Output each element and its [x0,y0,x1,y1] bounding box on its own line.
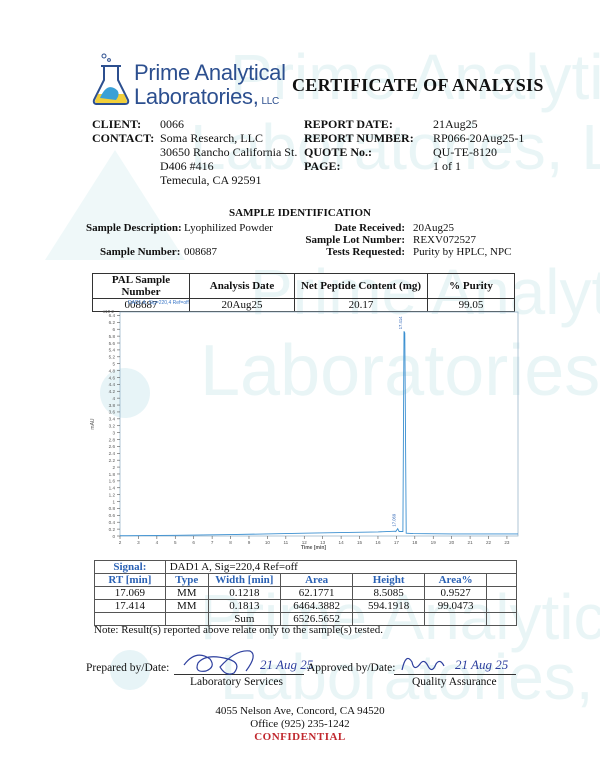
rt: 17.069 [95,587,166,600]
quote-label: QUOTE No.: [304,145,372,159]
signal-value: DAD1 A, Sig=220,4 Ref=off [165,561,516,574]
height: 594.1918 [353,600,425,613]
svg-text:17.069: 17.069 [392,513,397,526]
report-date-value: 21Aug25 [433,117,478,131]
svg-text:1.6: 1.6 [109,479,116,484]
svg-text:4: 4 [112,396,115,401]
page-value: 1 of 1 [433,159,461,173]
svg-text:21: 21 [468,540,474,545]
sample-number-value: 008687 [184,246,217,259]
client-label: CLIENT: [92,117,141,131]
col-header: Width [min] [208,574,280,587]
svg-text:6: 6 [112,327,115,332]
empty-cell [424,613,486,626]
svg-text:5: 5 [174,540,177,545]
logo-line-1: Prime Analytical [134,62,286,84]
svg-text:1: 1 [112,499,115,504]
svg-text:3: 3 [112,430,115,435]
area: 62.1771 [280,587,352,600]
svg-text:1.4: 1.4 [109,486,116,491]
svg-text:3.8: 3.8 [109,403,116,408]
svg-text:16: 16 [375,540,381,545]
svg-text:2.2: 2.2 [109,458,116,463]
svg-text:2.6: 2.6 [109,444,116,449]
svg-text:17: 17 [394,540,400,545]
summary-header-row: PAL Sample Number Analysis Date Net Pept… [93,274,515,299]
sample-identification-title: SAMPLE IDENTIFICATION [0,207,600,219]
col-header: % Purity [428,274,515,299]
results-header-row: RT [min] Type Width [min] Area Height Ar… [95,574,517,587]
svg-text:0.8: 0.8 [109,506,116,511]
svg-text:11: 11 [283,540,288,545]
empty-cell [487,613,517,626]
svg-text:0.2: 0.2 [109,527,116,532]
page-label: PAGE: [304,159,340,173]
svg-text:4.8: 4.8 [109,368,116,373]
report-number-value: RP066-20Aug25-1 [433,131,524,145]
svg-text:4.4: 4.4 [109,382,116,387]
prepared-date: 21 Aug 25 [260,657,313,673]
prepared-signature [176,645,266,679]
company-logo: Prime Analytical Laboratories,LLC [92,52,286,108]
svg-text:5.4: 5.4 [109,348,116,353]
flask-icon [92,52,130,108]
chromatogram-chart: 00.20.40.60.811.21.41.61.822.22.42.62.83… [84,300,524,560]
width: 0.1218 [208,587,280,600]
svg-text:Time [min]: Time [min] [301,545,327,551]
svg-text:15: 15 [357,540,363,545]
sample-description-value: Lyophilized Powder [184,222,273,235]
height: 8.5085 [353,587,425,600]
results-table: Signal: DAD1 A, Sig=220,4 Ref=off RT [mi… [94,560,517,626]
signal-label: Signal: [95,561,166,574]
confidential-label: CONFIDENTIAL [0,731,600,744]
logo-suffix: LLC [262,96,279,107]
approved-signature [398,648,448,678]
table-row: 17.414 MM 0.1813 6464.3882 594.1918 99.0… [95,600,517,613]
svg-text:4.2: 4.2 [109,389,116,394]
col-header: RT [min] [95,574,166,587]
table-row: 17.069 MM 0.1218 62.1771 8.5085 0.9527 [95,587,517,600]
svg-text:6: 6 [192,540,195,545]
sample-description-label: Sample Description: [86,222,182,235]
rt: 17.414 [95,600,166,613]
type: MM [165,587,208,600]
svg-text:4: 4 [156,540,159,545]
footer-address: 4055 Nelson Ave, Concord, CA 94520 [0,705,600,718]
svg-text:23: 23 [504,540,510,545]
tests-requested-value: Purity by HPLC, NPC [413,246,511,259]
svg-text:10: 10 [265,540,271,545]
approved-role: Quality Assurance [412,676,497,688]
svg-text:3.6: 3.6 [109,410,116,415]
svg-text:6.2: 6.2 [109,320,116,325]
svg-text:5.2: 5.2 [109,355,116,360]
col-header: Area% [424,574,486,587]
svg-text:5: 5 [112,361,115,366]
prepared-role: Laboratory Services [190,676,283,688]
contact-line: Temecula, CA 92591 [160,173,261,187]
approved-by-label: Approved by/Date: [307,662,395,674]
svg-text:17.414: 17.414 [398,316,403,329]
type: MM [165,600,208,613]
svg-text:19: 19 [431,540,437,545]
col-header: Height [353,574,425,587]
footer-phone: Office (925) 235-1242 [0,718,600,731]
svg-text:5.8: 5.8 [109,334,116,339]
svg-text:4.6: 4.6 [109,375,116,380]
empty-cell [487,574,517,587]
document-title: CERTIFICATE OF ANALYSIS [292,75,544,96]
contact-line: D406 #416 [160,159,214,173]
area-percent: 0.9527 [424,587,486,600]
svg-text:2: 2 [112,465,115,470]
empty-cell [487,587,517,600]
col-header: Area [280,574,352,587]
report-number-label: REPORT NUMBER: [304,131,414,145]
area-percent: 99.0473 [424,600,486,613]
results-note: Note: Result(s) reported above relate on… [94,624,383,636]
svg-text:mAU: mAU [90,418,96,430]
logo-line-2: Laboratories, [134,84,259,109]
prepared-by-label: Prepared by/Date: [86,662,169,674]
svg-text:8: 8 [229,540,232,545]
svg-text:x10 2: x10 2 [103,309,115,314]
svg-text:1.8: 1.8 [109,472,116,477]
svg-text:0: 0 [112,534,115,539]
contact-line: Soma Research, LLC [160,131,263,145]
svg-text:9: 9 [248,540,251,545]
svg-text:0.4: 0.4 [109,520,116,525]
svg-text:0.6: 0.6 [109,513,116,518]
svg-text:5.6: 5.6 [109,341,116,346]
quote-value: QU-TE-8120 [433,145,497,159]
svg-text:3.4: 3.4 [109,417,116,422]
col-header: Type [165,574,208,587]
svg-text:1.2: 1.2 [109,492,116,497]
svg-text:2: 2 [119,540,122,545]
svg-text:20: 20 [449,540,455,545]
area: 6464.3882 [280,600,352,613]
col-header: Analysis Date [190,274,295,299]
svg-text:7: 7 [211,540,214,545]
svg-text:22: 22 [486,540,492,545]
empty-cell [487,600,517,613]
svg-text:2.4: 2.4 [109,451,116,456]
tests-requested-label: Tests Requested: [290,246,405,259]
signal-row: Signal: DAD1 A, Sig=220,4 Ref=off [95,561,517,574]
col-header: PAL Sample Number [93,274,190,299]
contact-label: CONTACT: [92,131,154,145]
client-value: 0066 [160,117,184,131]
svg-text:2.8: 2.8 [109,437,116,442]
svg-text:14: 14 [339,540,345,545]
contact-line: 30650 Rancho California St. [160,145,297,159]
svg-text:3: 3 [137,540,140,545]
svg-text:18: 18 [412,540,418,545]
sample-number-label: Sample Number: [100,246,180,259]
approved-date: 21 Aug 25 [455,657,508,673]
report-date-label: REPORT DATE: [304,117,393,131]
col-header: Net Peptide Content (mg) [295,274,428,299]
width: 0.1813 [208,600,280,613]
svg-text:3.2: 3.2 [109,424,116,429]
